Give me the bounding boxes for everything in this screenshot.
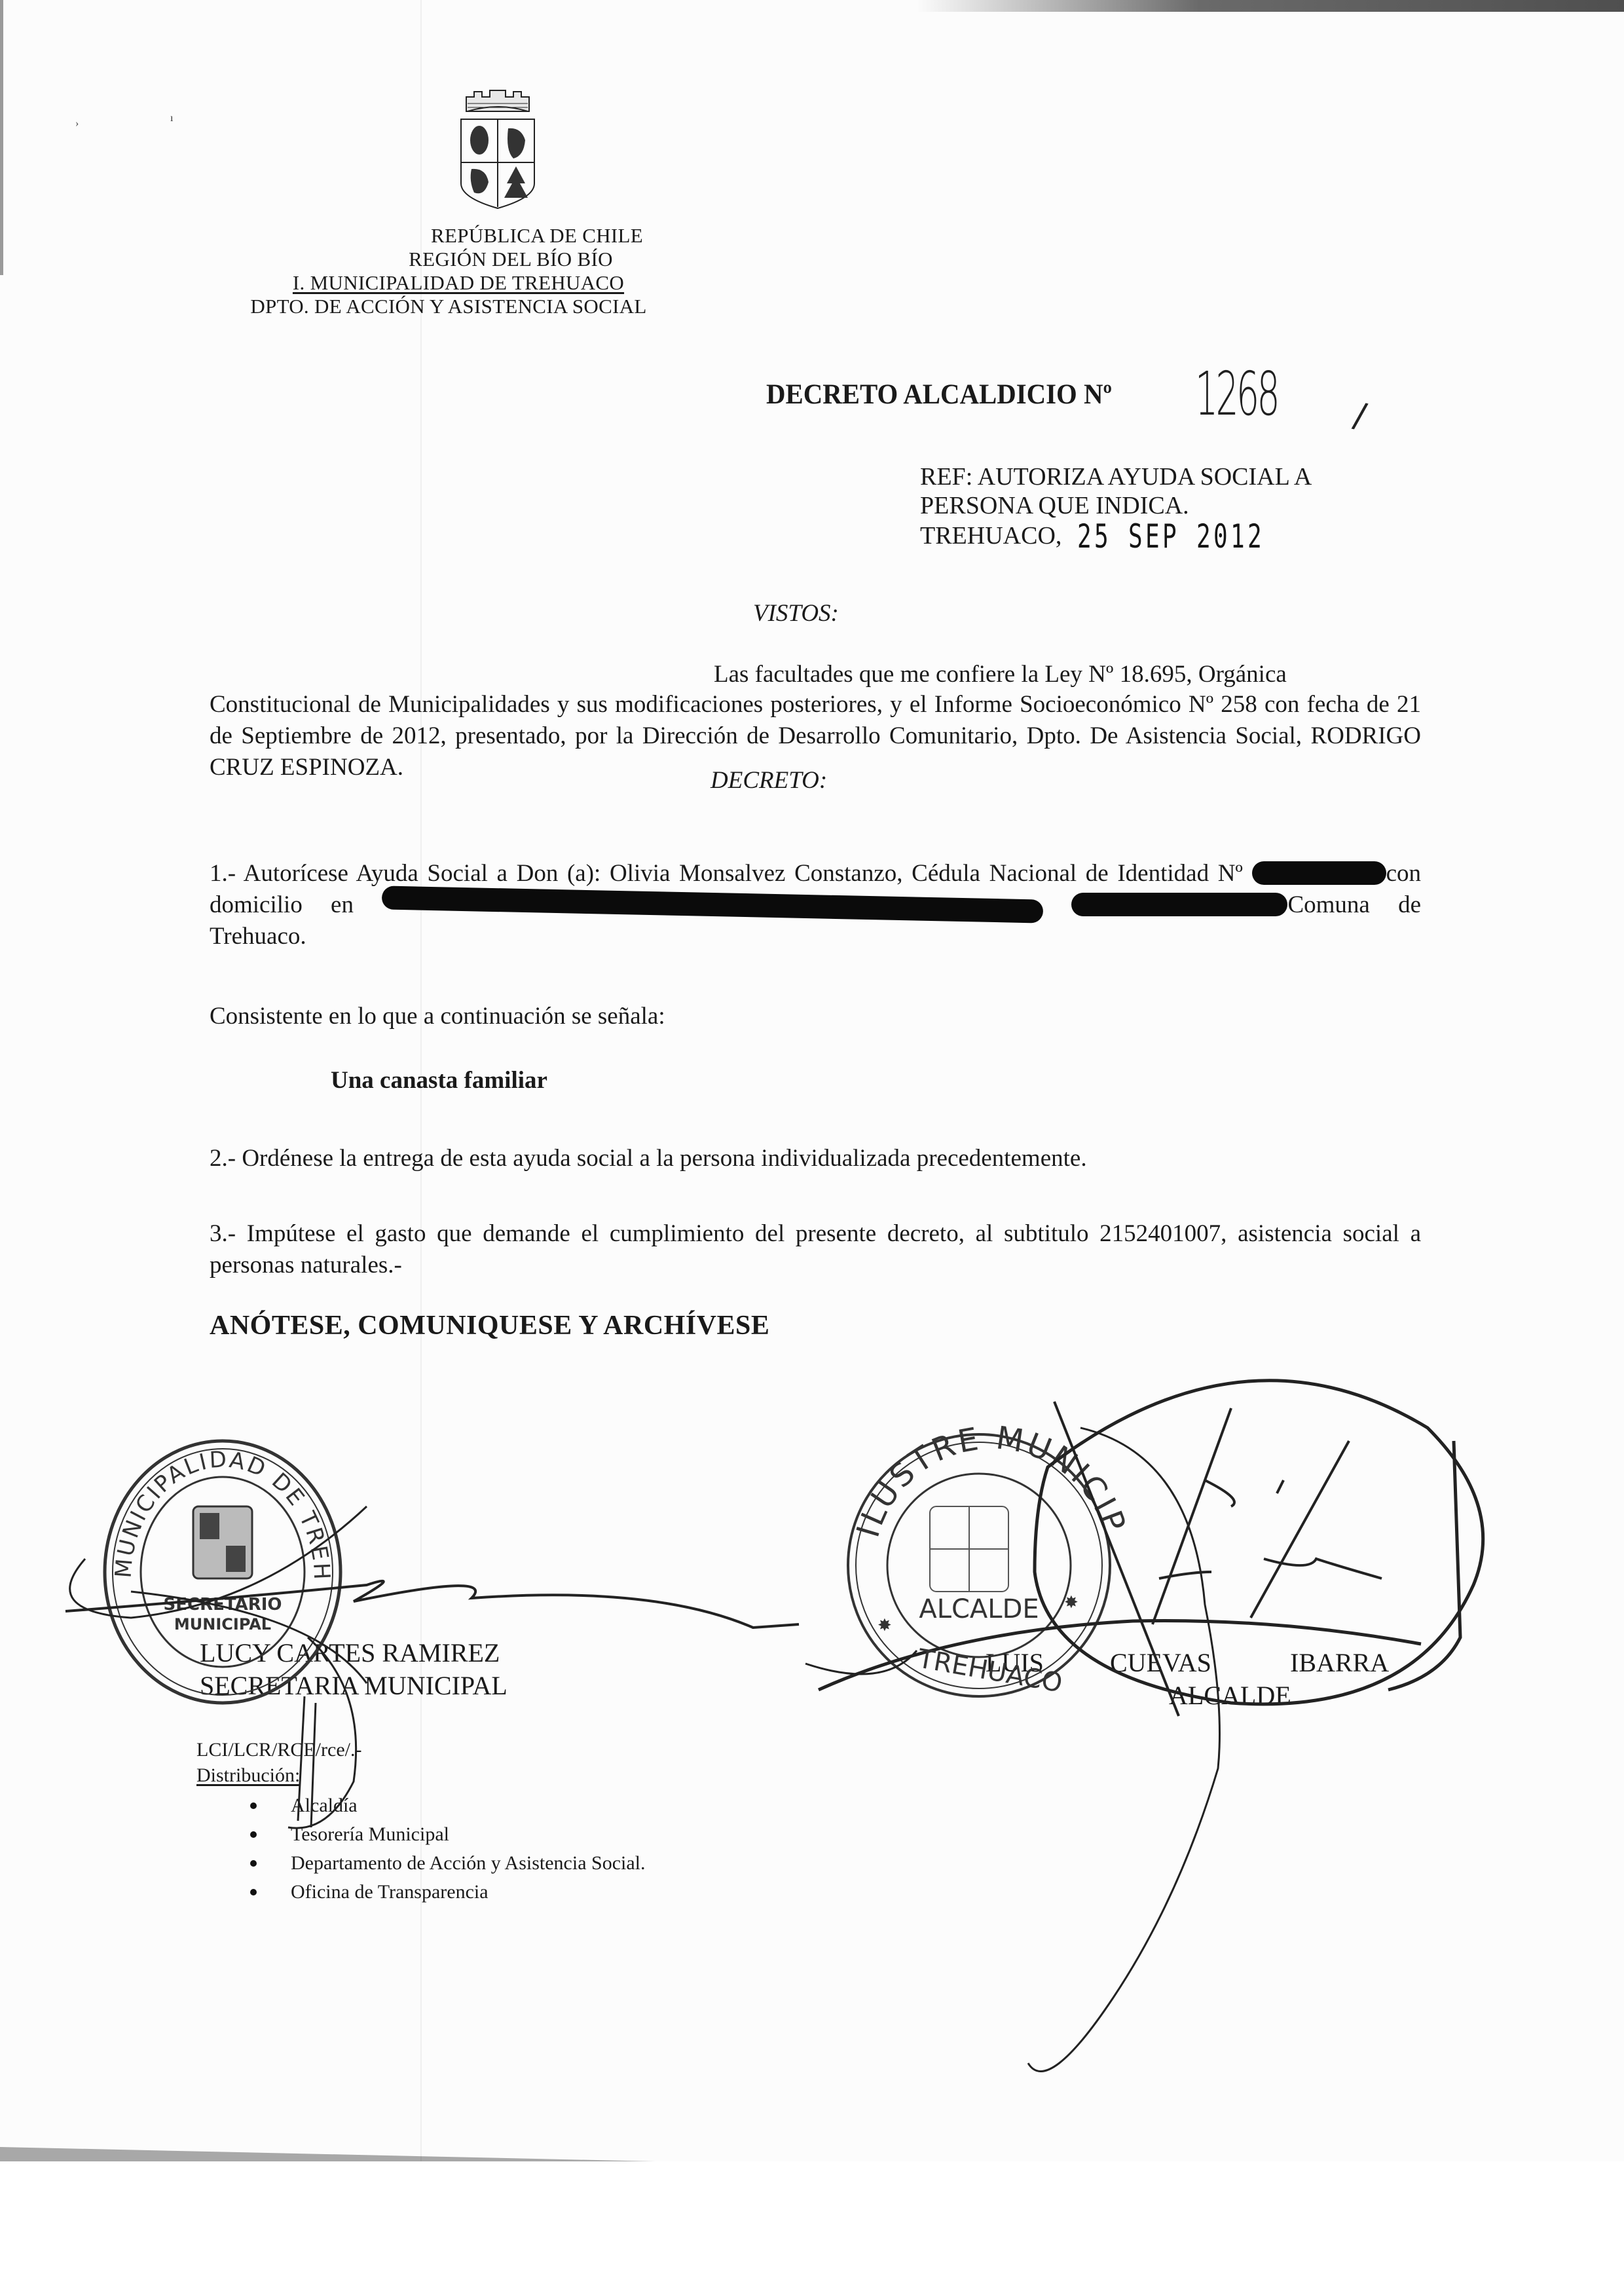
closing-formula: ANÓTESE, COMUNIQUESE Y ARCHÍVESE bbox=[210, 1310, 769, 1341]
redaction-id-number bbox=[1252, 861, 1386, 885]
distribution-label: Distribución: bbox=[196, 1764, 300, 1787]
decree-item-1: 1.- Autorícese Ayuda Social a Don (a): O… bbox=[210, 858, 1421, 952]
ref-line-1: REF: AUTORIZA AYUDA SOCIAL A bbox=[920, 462, 1312, 491]
scan-shadow-bottom bbox=[0, 2147, 655, 2161]
bullet-icon bbox=[250, 1889, 257, 1895]
mayor-first-name: LUIS bbox=[986, 1647, 1044, 1678]
header-country: REPÚBLICA DE CHILE bbox=[373, 224, 701, 248]
secretary-name: LUCY CARTES RAMIREZ bbox=[200, 1637, 500, 1668]
header-department: DPTO. DE ACCIÓN Y ASISTENCIA SOCIAL bbox=[223, 295, 674, 318]
distribution-item: Alcaldía bbox=[250, 1795, 358, 1817]
decree-item-3: 3.- Impútese el gasto que demande el cum… bbox=[210, 1218, 1421, 1281]
bullet-icon bbox=[250, 1831, 257, 1838]
decreto-heading: DECRETO: bbox=[710, 766, 827, 794]
redaction-address-street bbox=[382, 886, 1044, 923]
redaction-address-population bbox=[1071, 893, 1287, 916]
header-municipality: I. MUNICIPALIDAD DE TREHUACO bbox=[275, 271, 642, 295]
ref-location: TREHUACO, bbox=[920, 521, 1061, 550]
ref-line-2: PERSONA QUE INDICA. bbox=[920, 491, 1189, 520]
handwritten-decree-number: 1268 bbox=[1195, 359, 1278, 429]
scan-shadow-top bbox=[917, 0, 1624, 12]
scan-speck: › bbox=[75, 118, 79, 130]
vistos-first-line: Las facultades que me confiere la Ley Nº… bbox=[714, 660, 1287, 688]
scan-speck: ı bbox=[170, 113, 173, 124]
decree-title: DECRETO ALCALDICIO Nº bbox=[766, 379, 1112, 411]
secretary-role: SECRETARIA MUNICIPAL bbox=[200, 1670, 507, 1701]
item-1-prefix: 1.- Autorícese Ayuda Social a Don (a): O… bbox=[210, 860, 1243, 887]
decree-item-2: 2.- Ordénese la entrega de esta ayuda so… bbox=[210, 1143, 1421, 1174]
benefit-item: Una canasta familiar bbox=[331, 1066, 547, 1094]
bullet-icon bbox=[250, 1802, 257, 1809]
coat-of-arms-icon bbox=[452, 85, 544, 210]
date-stamp: 25 SEP 2012 bbox=[1077, 517, 1264, 555]
mayor-role: ALCALDE bbox=[1169, 1680, 1291, 1711]
vistos-heading: VISTOS: bbox=[753, 599, 839, 627]
consisting-line: Consistente en lo que a continuación se … bbox=[210, 1001, 1421, 1032]
distribution-item: Tesorería Municipal bbox=[250, 1823, 449, 1846]
scan-shadow-left bbox=[0, 0, 3, 275]
mayor-surname-1: CUEVAS bbox=[1110, 1647, 1211, 1678]
initials-reference: LCI/LCR/RCE/rce/.- bbox=[196, 1739, 361, 1761]
header-region: REGIÓN DEL BÍO BÍO bbox=[347, 248, 674, 271]
distribution-item: Oficina de Transparencia bbox=[250, 1881, 489, 1903]
scanned-page bbox=[0, 0, 1624, 2161]
mayor-surname-2: IBARRA bbox=[1290, 1647, 1389, 1678]
bullet-icon bbox=[250, 1860, 257, 1867]
distribution-item: Departamento de Acción y Asistencia Soci… bbox=[250, 1852, 646, 1875]
